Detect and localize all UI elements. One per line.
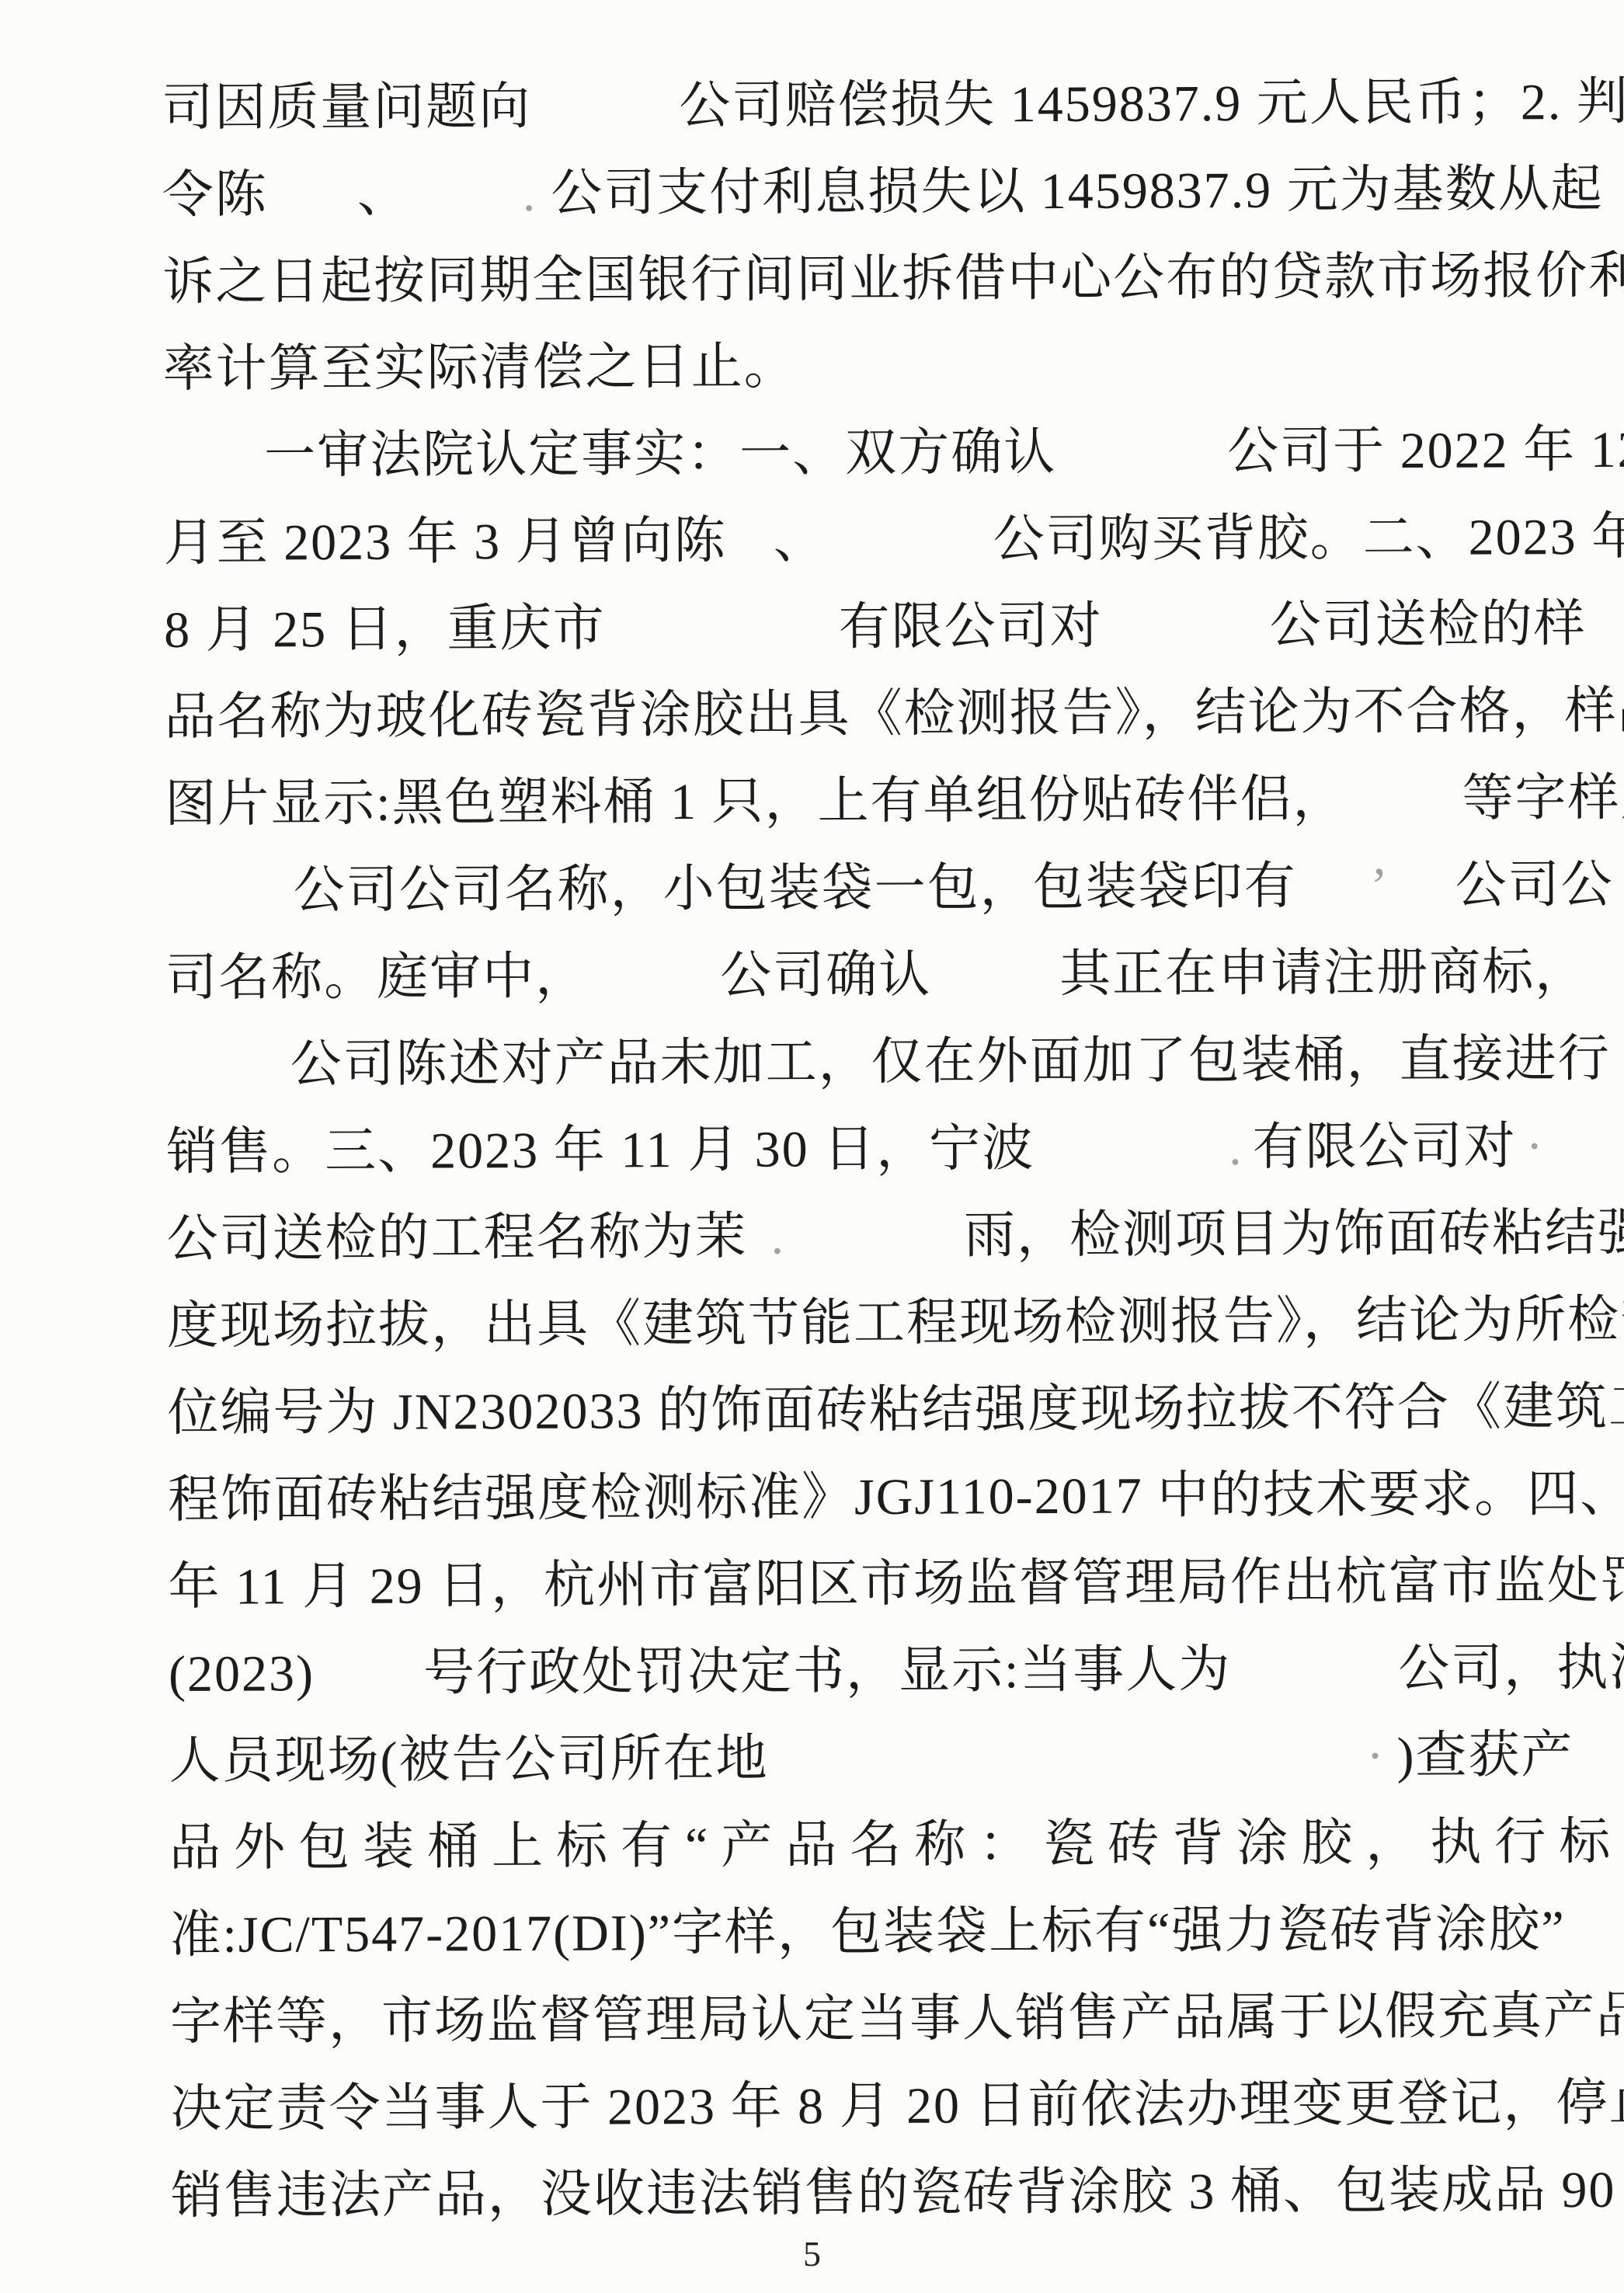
page-number: 5 [0,2233,1624,2274]
redaction-gap [165,906,294,908]
text-segment: 雨，检测项目为饰面砖粘结强 [964,1190,1624,1280]
redaction-gap [1386,1771,1397,1773]
text-segment: 公司，执法 [1398,1625,1624,1713]
text-segment: 令陈 [162,151,267,239]
text-segment: 度现场拉拔，出具《建筑节能工程现场检测报告》，结论为所检部 [167,1277,1624,1370]
redaction-gap [1346,814,1462,816]
text-segment: 其正在申请注册商标， [1059,929,1587,1018]
text-segment: (2023) [169,1630,315,1718]
text-segment: 决定责令当事人于 2023 年 8 月 20 日前依法办理变更登记，停止 [170,2060,1624,2153]
text-line: 图片显示:黑色塑料桶 1 只，上有单组份贴砖伴侣，等字样及 [165,755,1563,848]
text-segment: 公司送检的样 [1269,581,1586,670]
redaction-gap [931,990,1059,992]
text-segment: 公司购买背胶。二、2023 年 [993,494,1624,584]
redaction-gap [826,555,993,557]
text-segment: 公司送检的工程名称为茉 [166,1194,747,1283]
text-segment: 司因质量问题向 [162,64,531,152]
text-line: 司因质量问题向公司赔偿损失 1459837.9 元人民币；2. 判 [162,59,1560,152]
text-segment: 号行政处罚决定书，显示:当事人为 [423,1627,1232,1717]
document-body: 司因质量问题向公司赔偿损失 1459837.9 元人民币；2. 判令陈、.公司支… [162,59,1569,2240]
text-line: 公司送检的工程名称为茉.雨，检测项目为饰面砖粘结强 [166,1190,1564,1283]
text-line: 年 11 月 29 日，杭州市富阳区市场监督管理局作出杭富市监处罚 [168,1538,1566,1631]
redaction-gap [1035,1163,1229,1165]
text-segment: 等字样及 [1462,755,1624,843]
text-line: 决定责令当事人于 2023 年 8 月 20 日前依法办理变更登记，停止 [170,2060,1568,2153]
text-segment: 年 11 月 29 日，杭州市富阳区市场监督管理局作出杭富市监处罚 [168,1538,1624,1631]
text-line: 令陈、.公司支付利息损失以 1459837.9 元为基数从起 [162,146,1560,239]
redaction-gap [769,1771,1367,1775]
redaction-gap [1103,641,1270,643]
text-line: 司名称。庭审中，公司确认其正在申请注册商标， [165,929,1563,1022]
text-line: 销售。三、2023 年 11 月 30 日，宁波.有限公司对· [166,1103,1564,1196]
text-line: 准:JC/T547-2017(DI)”字样，包装袋上标有“强力瓷砖背涂胶” [169,1886,1567,1979]
text-segment: · [1525,1103,1544,1190]
text-line: 诉之日起按同期全国银行间同业拆借中心公布的贷款市场报价利 [162,233,1560,326]
redaction-gap [1389,901,1455,903]
redaction-gap [163,471,264,473]
text-line: 率计算至实际清偿之日止。 [162,320,1560,413]
text-segment: . [1229,1105,1243,1192]
text-segment: · [1366,1713,1385,1800]
redaction-gap [606,642,839,645]
text-segment: 一审法院认定事实：一、双方确认 [264,409,1056,499]
text-segment: )查获产 [1396,1712,1574,1800]
text-segment: 公司陈述对产品未加工，仅在外面加了包装桶，直接进行 [290,1016,1610,1108]
redaction-gap [1056,467,1227,469]
text-segment: 准:JC/T547-2017(DI)”字样，包装袋上标有“强力瓷砖背涂胶” [169,1886,1566,1979]
redaction-gap [1231,1684,1398,1686]
redaction-gap [748,1252,771,1254]
redaction-gap [268,210,357,212]
text-segment: 、 [773,497,826,584]
text-segment: 程饰面砖粘结强度检测标准》JGJ110-2017 中的技术要求。四、2023 [168,1450,1624,1544]
text-segment: 公司公司名称，小包装袋一包，包装袋印有 [293,844,1296,935]
text-line: 品外包装桶上标有“产品名称：瓷砖背涂胶，执行标 [169,1799,1567,1892]
text-segment: 公司赔偿损失 1459837.9 元人民币；2. 判 [679,59,1624,150]
redaction-gap [410,209,523,211]
redaction-gap [1517,1161,1526,1163]
document-page: 司因质量问题向公司赔偿损失 1459837.9 元人民币；2. 判令陈、.公司支… [0,0,1624,2293]
text-line: 月至 2023 年 3 月曾向陈、公司购买背胶。二、2023 年 [163,494,1561,587]
text-segment: 有限公司对 [838,583,1102,671]
text-line: 位编号为 JN2302033 的饰面砖粘结强度现场拉拔不符合《建筑工 [167,1364,1565,1457]
redaction-gap [785,1251,964,1254]
text-line: 度现场拉拔，出具《建筑节能工程现场检测报告》，结论为所检部 [167,1277,1565,1370]
text-segment: 位编号为 JN2302033 的饰面砖粘结强度现场拉拔不符合《建筑工 [167,1364,1624,1457]
redaction-gap [531,121,679,124]
redaction-gap [588,991,720,993]
redaction-gap [315,1689,423,1691]
redaction-gap [166,1080,290,1082]
text-line: 公司公司名称，小包装袋一包，包装袋印有’公司公 [165,842,1563,935]
text-line: 销售违法产品，没收违法销售的瓷砖背涂胶 3 桶、包装成品 90 袋 [171,2147,1569,2240]
text-segment: ’ [1370,843,1389,930]
text-segment: 、 [356,151,409,238]
redaction-gap [727,556,774,558]
text-segment: 品名称为玻化砖瓷背涂胶出具《检测报告》，结论为不合格，样品 [164,668,1624,761]
text-segment: 月至 2023 年 3 月曾向陈 [163,498,726,587]
text-segment: 公司公 [1455,842,1613,930]
text-line: 8 月 25 日，重庆市有限公司对公司送检的样 [164,581,1562,674]
text-line: (2023)号行政处罚决定书，显示:当事人为公司，执法 [169,1625,1567,1718]
text-segment: 人员现场(被告公司所在地 [169,1716,768,1805]
text-segment: 公司于 2022 年 12 [1227,407,1624,496]
text-segment: 诉之日起按同期全国银行间同业拆借中心公布的贷款市场报价利 [162,233,1624,326]
redaction-gap [1297,901,1371,903]
text-segment: 品外包装桶上标有“产品名称：瓷砖背涂胶，执行标 [169,1799,1624,1892]
text-segment: 字样等，市场监督管理局认定当事人销售产品属于以假充真产品， [170,1972,1624,2066]
text-segment: 有限公司对 [1252,1103,1516,1191]
redaction-gap [537,209,551,211]
text-segment: 销售违法产品，没收违法销售的瓷砖背涂胶 3 桶、包装成品 90 袋 [171,2146,1624,2239]
text-line: 一审法院认定事实：一、双方确认公司于 2022 年 12 [163,407,1561,500]
text-segment: 图片显示:黑色塑料桶 1 只，上有单组份贴砖伴侣， [165,756,1346,848]
text-segment: 司名称。庭审中， [165,934,588,1022]
text-segment: 公司确认 [720,932,931,1020]
text-segment: 8 月 25 日，重庆市 [164,586,606,674]
text-line: 品名称为玻化砖瓷背涂胶出具《检测报告》，结论为不合格，样品 [164,668,1562,761]
text-segment: 公司支付利息损失以 1459837.9 元为基数从起 [551,146,1604,238]
text-segment: 销售。三、2023 年 11 月 30 日，宁波 [166,1105,1035,1196]
text-segment: . [770,1194,785,1281]
text-line: 程饰面砖粘结强度检测标准》JGJ110-2017 中的技术要求。四、2023 [168,1451,1566,1544]
text-segment: 率计算至实际清偿之日止。 [162,323,796,413]
text-segment: . [522,151,537,238]
text-line: 人员现场(被告公司所在地·)查获产 [169,1712,1567,1805]
text-line: 字样等，市场监督管理局认定当事人销售产品属于以假充真产品， [170,1973,1568,2066]
text-line: 公司陈述对产品未加工，仅在外面加了包装桶，直接进行 [165,1016,1563,1109]
redaction-gap [1243,1163,1253,1164]
